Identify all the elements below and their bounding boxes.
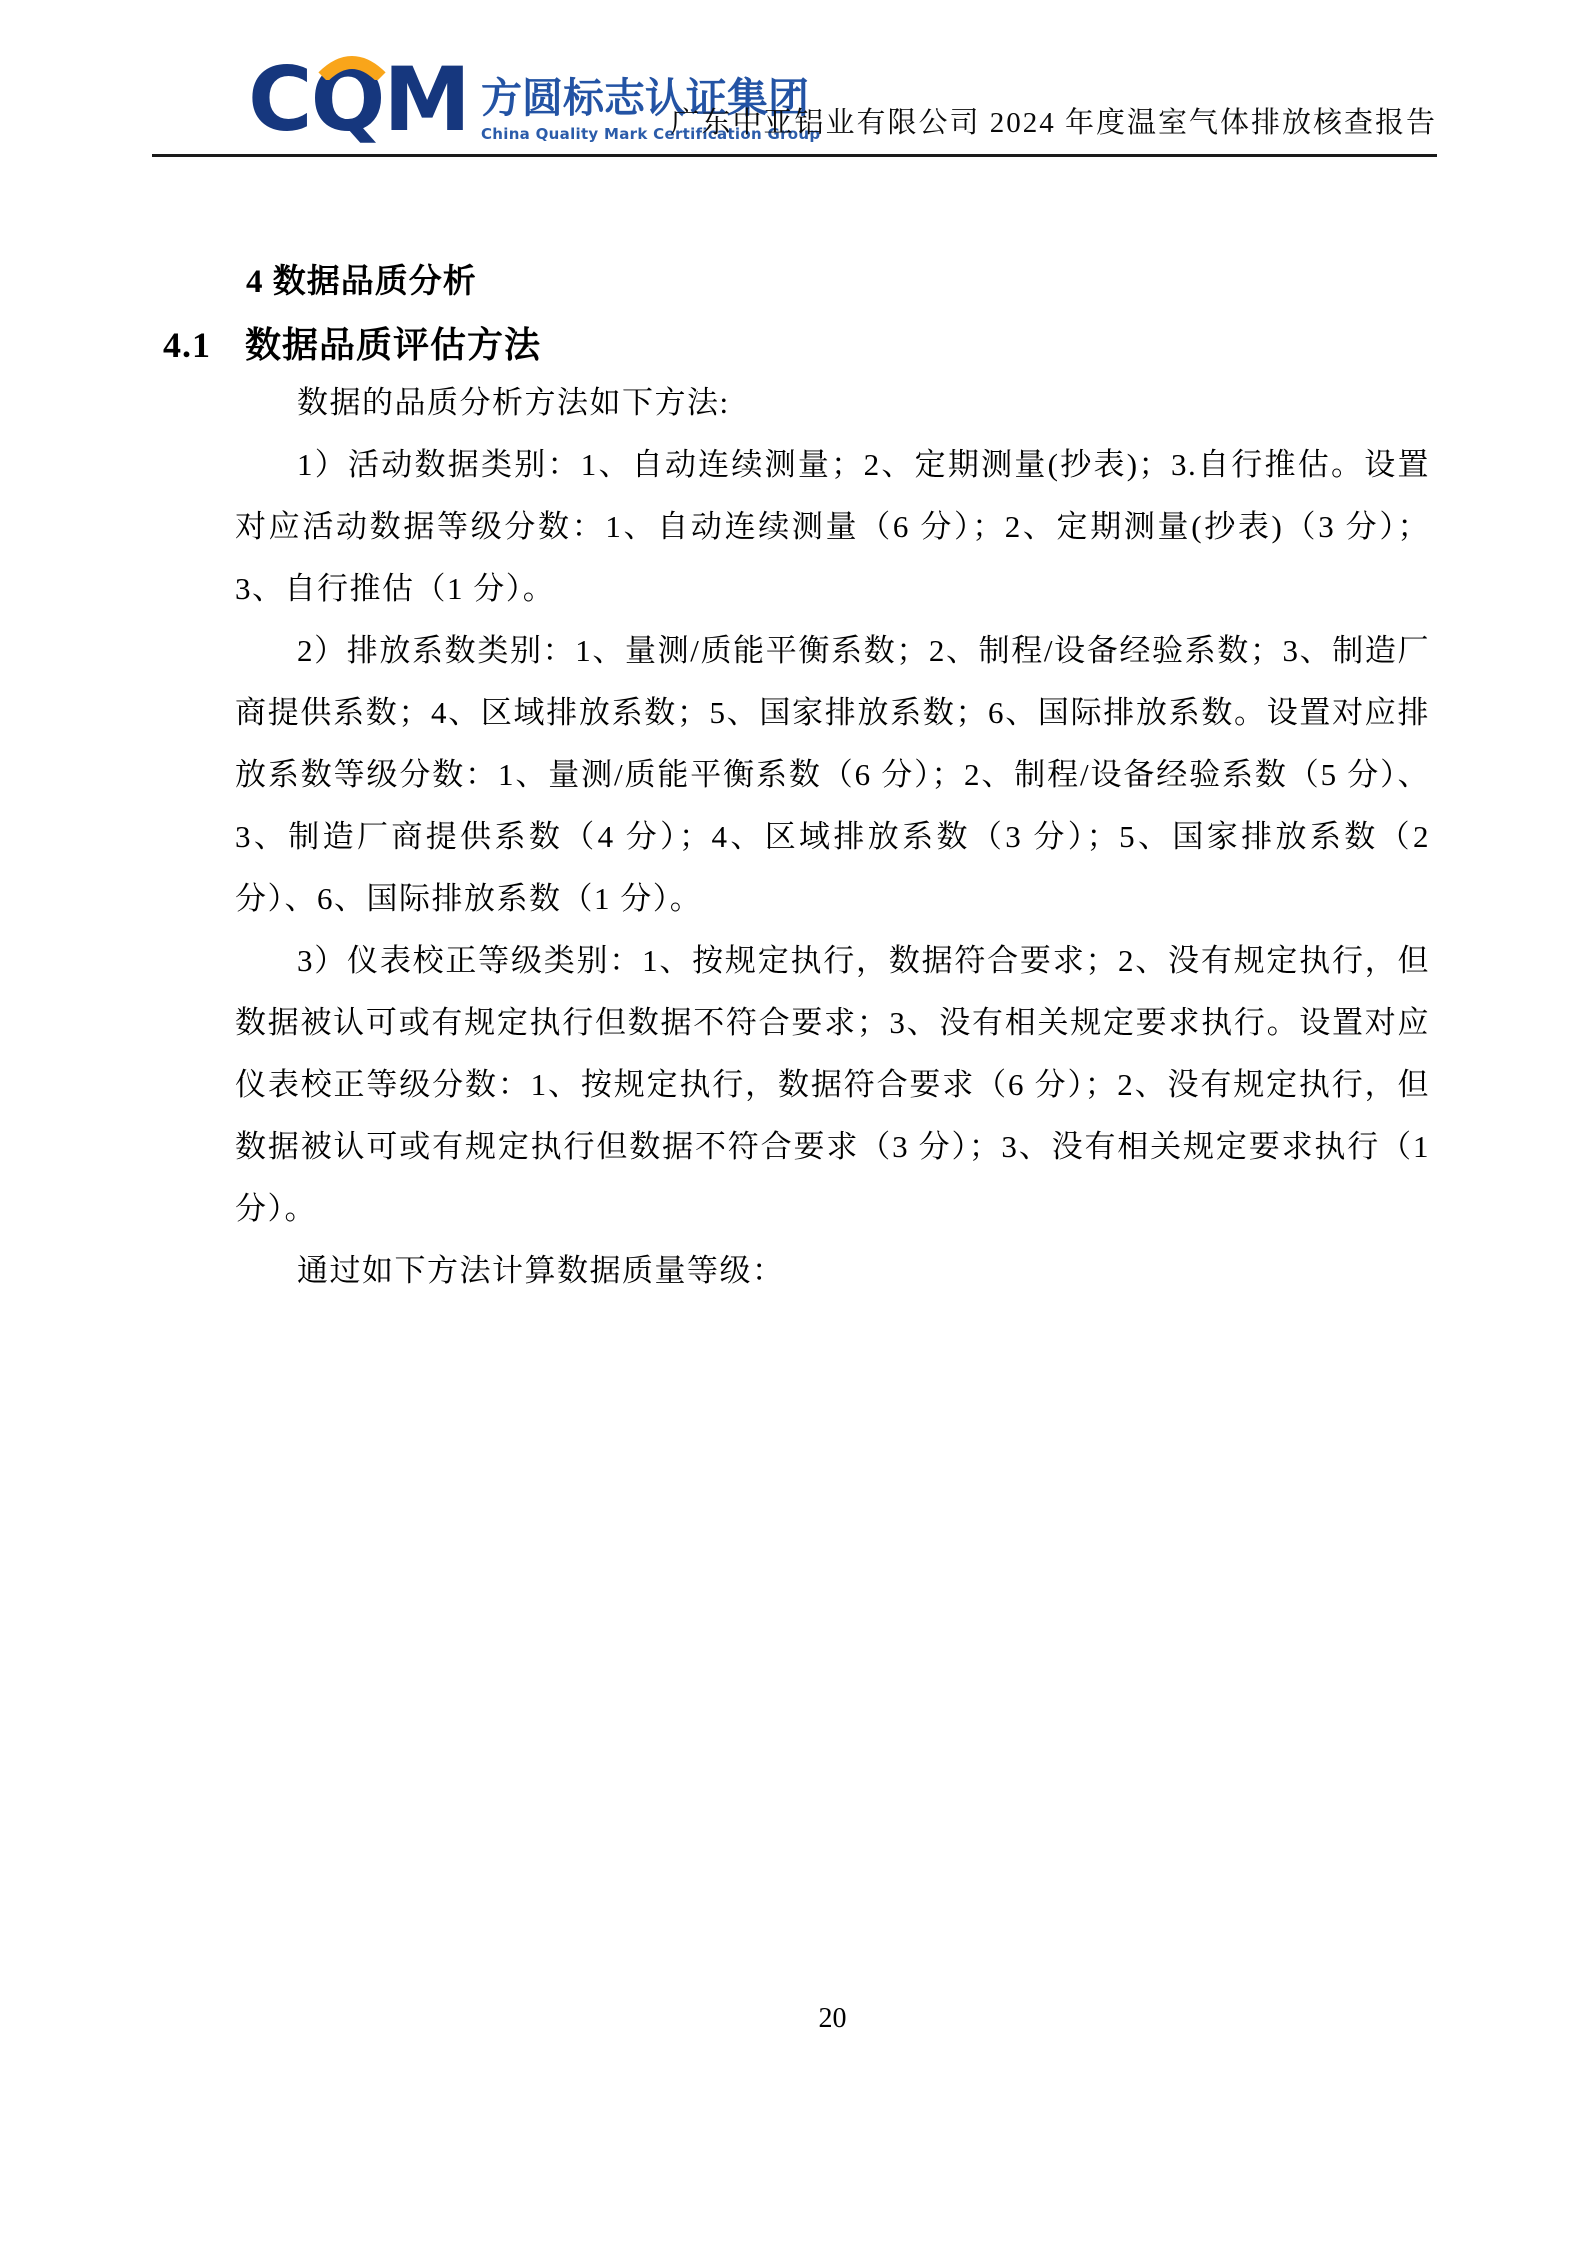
subsection-number: 4.1 (163, 325, 211, 365)
section-heading: 4 数据品质分析 (246, 255, 477, 302)
paragraph: 3）仪表校正等级类别：1、按规定执行，数据符合要求；2、没有规定执行，但数据被认… (235, 930, 1430, 1240)
paragraph: 2）排放系数类别：1、量测/质能平衡系数；2、制程/设备经验系数；3、制造厂商提… (235, 620, 1430, 930)
page-number: 20 (235, 2003, 1430, 2035)
document-page: CQM 方圆标志认证集团 China Quality Mark Certific… (0, 0, 1587, 2245)
paragraph: 1）活动数据类别：1、自动连续测量；2、定期测量(抄表)；3.自行推估。设置对应… (235, 434, 1430, 620)
paragraph: 通过如下方法计算数据质量等级： (235, 1240, 1430, 1302)
subsection-title: 数据品质评估方法 (245, 325, 541, 365)
logo-arc-icon (316, 52, 388, 80)
subsection-heading: 4.1 数据品质评估方法 (163, 317, 541, 368)
document-title: 广东中亚铝业有限公司 2024 年度温室气体排放核查报告 (670, 100, 1437, 141)
header-divider (152, 154, 1437, 157)
body-paragraphs: 数据的品质分析方法如下方法: 1）活动数据类别：1、自动连续测量；2、定期测量(… (235, 372, 1430, 1302)
cqm-logo-mark: CQM (248, 36, 469, 144)
paragraph: 数据的品质分析方法如下方法: (235, 372, 1430, 434)
